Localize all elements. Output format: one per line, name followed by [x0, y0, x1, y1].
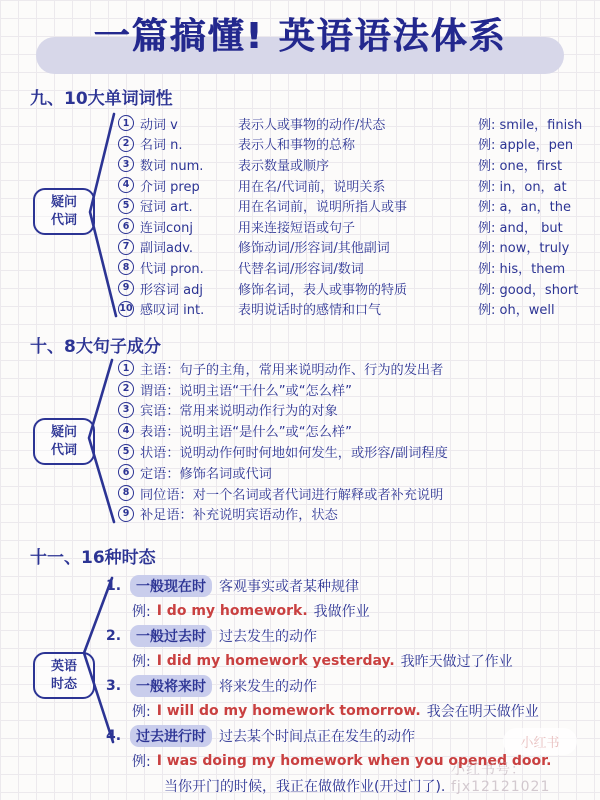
tense-description: 过去发生的动作 [219, 626, 317, 646]
component-text: 补足语：补充说明宾语动作，状态 [140, 504, 338, 523]
pos-example: 例: oh，well [478, 299, 594, 318]
pos-description: 修饰名词，表人或事物的特质 [238, 279, 478, 298]
circled-number: 3 [118, 156, 134, 172]
component-item: 3宾语：常用来说明动作行为的对象 [118, 400, 594, 421]
pos-item: 8代词 pron.代替名词/形容词/数词例: his，them [118, 257, 594, 278]
tense-name-highlight: 过去进行时 [130, 725, 212, 747]
pos-description: 表示数量或顺序 [238, 155, 478, 174]
circled-number: 6 [118, 218, 134, 234]
component-text: 主语：句子的主角，常用来说明动作、行为的发出者 [140, 359, 443, 378]
example-label: 例: [132, 701, 151, 721]
tense-title-line: 2.一般过去时过去发生的动作 [106, 623, 594, 648]
circled-number: 7 [118, 239, 134, 255]
tense-number: 4. [106, 728, 130, 744]
component-item: 6定语：修饰名词或代词 [118, 462, 594, 483]
pos-item: 5冠词 art.用在名词前，说明所指人或事例: a，an，the [118, 195, 594, 216]
circled-number: 2 [118, 381, 134, 397]
tense-title-line: 1.一般现在时客观事实或者某种规律 [106, 573, 594, 598]
tense-example-line: 例:I will do my homework tomorrow.我会在明天做作… [106, 698, 594, 723]
example-label: 例: [132, 751, 151, 771]
circled-number: 6 [118, 464, 134, 480]
tense-example-line: 例:I did my homework yesterday.我昨天做过了作业 [106, 648, 594, 673]
pos-term: 连词conj [140, 217, 238, 236]
tense-name-highlight: 一般将来时 [130, 675, 212, 697]
tag-line: 代词 [37, 442, 91, 460]
tense-number: 1. [106, 578, 130, 594]
grammar-notes-page: 一篇搞懂! 英语语法体系 九、10大单词词性 疑问 代词 1动词 v表示人或事物… [0, 0, 600, 800]
pos-description: 用在名/代词前，说明关系 [238, 176, 478, 195]
circled-number: 2 [118, 136, 134, 152]
pos-term: 代词 pron. [140, 258, 238, 277]
example-chinese: 我会在明天做作业 [427, 701, 539, 721]
pos-example: 例: and， but [478, 217, 594, 236]
component-text: 定语：修饰名词或代词 [140, 463, 272, 482]
circled-number: 3 [118, 402, 134, 418]
component-text: 宾语：常用来说明动作行为的对象 [140, 400, 338, 419]
brace-bracket [84, 358, 120, 526]
tag-line: 代词 [37, 212, 91, 230]
pos-item: 4介词 prep用在名/代词前，说明关系例: in，on，at [118, 175, 594, 196]
example-chinese-translation: 当你开门的时候，我正在做做作业(开过门了). [164, 776, 445, 796]
circled-number: 1 [118, 115, 134, 131]
pos-term: 动词 v [140, 114, 238, 133]
circled-number: 1 [118, 360, 134, 376]
component-item: 9补足语：补充说明宾语动作，状态 [118, 504, 594, 525]
pos-term: 数词 num. [140, 155, 238, 174]
pos-item: 9形容词 adj修饰名词，表人或事物的特质例: good，short [118, 278, 594, 299]
component-text: 状语：说明动作何时何地如何发生，或形容/副词程度 [140, 442, 448, 461]
pos-term: 名词 n. [140, 134, 238, 153]
tag-line: 疑问 [37, 424, 91, 442]
pos-term: 感叹词 int. [140, 299, 238, 318]
example-label: 例: [132, 601, 151, 621]
pos-item: 3数词 num.表示数量或顺序例: one，first [118, 154, 594, 175]
xiaohongshu-id-watermark: 小红书号：fjx12121021 [451, 759, 600, 795]
component-item: 2谓语：说明主语“干什么”或“怎么样” [118, 379, 594, 400]
section-heading: 十一、16种时态 [30, 543, 156, 568]
component-text: 谓语：说明主语“干什么”或“怎么样” [140, 380, 352, 399]
pos-item: 2名词 n.表示人和事物的总称例: apple，pen [118, 134, 594, 155]
pos-example: 例: one，first [478, 155, 594, 174]
tense-description: 客观事实或者某种规律 [219, 576, 359, 596]
pos-example: 例: smile，finish [478, 114, 594, 133]
pos-example: 例: apple，pen [478, 134, 594, 153]
component-text: 表语：说明主语“是什么”或“怎么样” [140, 421, 352, 440]
pos-term: 形容词 adj [140, 279, 238, 298]
pos-example: 例: a，an，the [478, 196, 594, 215]
pos-example: 例: now，truly [478, 237, 594, 256]
example-label: 例: [132, 651, 151, 671]
pos-example: 例: in，on，at [478, 176, 594, 195]
pos-description: 代替名词/形容词/数词 [238, 258, 478, 277]
pos-term: 副词adv. [140, 237, 238, 256]
circled-number: 5 [118, 198, 134, 214]
pos-description: 修饰动词/形容词/其他副词 [238, 237, 478, 256]
circled-number: 10 [118, 301, 134, 317]
pos-description: 表明说话时的感情和口气 [238, 299, 478, 318]
pos-item: 1动词 v表示人或事物的动作/状态例: smile，finish [118, 113, 594, 134]
xiaohongshu-logo-watermark: 小红书 [503, 728, 577, 755]
circled-number: 4 [118, 423, 134, 439]
example-english: I will do my homework tomorrow. [157, 703, 421, 719]
pos-description: 用在名词前，说明所指人或事 [238, 196, 478, 215]
component-item: 4表语：说明主语“是什么”或“怎么样” [118, 420, 594, 441]
pos-item: 10感叹词 int.表明说话时的感情和口气例: oh，well [118, 298, 594, 319]
component-text: 同位语：对一个名词或者代词进行解释或者补充说明 [140, 484, 443, 503]
tense-name-highlight: 一般现在时 [130, 575, 212, 597]
tense-description: 过去某个时间点正在发生的动作 [219, 726, 415, 746]
tag-line: 疑问 [37, 194, 91, 212]
page-title: 一篇搞懂! 英语语法体系 [0, 8, 600, 59]
brace-bracket [84, 112, 122, 318]
tense-example-line: 例:I do my homework.我做作业 [106, 598, 594, 623]
sentence-components-list: 1主语：句子的主角，常用来说明动作、行为的发出者2谓语：说明主语“干什么”或“怎… [118, 358, 594, 524]
pos-description: 表示人或事物的动作/状态 [238, 114, 478, 133]
pos-item: 6连词conj用来连接短语或句子例: and， but [118, 216, 594, 237]
circled-number: 8 [118, 485, 134, 501]
pos-example: 例: good，short [478, 279, 594, 298]
tense-number: 3. [106, 678, 130, 694]
component-item: 1主语：句子的主角，常用来说明动作、行为的发出者 [118, 358, 594, 379]
section-heading: 九、10大单词词性 [30, 84, 173, 109]
circled-number: 5 [118, 444, 134, 460]
component-item: 5状语：说明动作何时何地如何发生，或形容/副词程度 [118, 441, 594, 462]
pos-term: 介词 prep [140, 176, 238, 195]
circled-number: 9 [118, 280, 134, 296]
pos-description: 用来连接短语或句子 [238, 217, 478, 236]
tense-number: 2. [106, 628, 130, 644]
pos-example: 例: his，them [478, 258, 594, 277]
tense-title-line: 3.一般将来时将来发生的动作 [106, 673, 594, 698]
pos-description: 表示人和事物的总称 [238, 134, 478, 153]
component-item: 8同位语：对一个名词或者代词进行解释或者补充说明 [118, 483, 594, 504]
pos-item: 7副词adv.修饰动词/形容词/其他副词例: now，truly [118, 237, 594, 258]
tense-name-highlight: 一般过去时 [130, 625, 212, 647]
section-heading: 十、8大句子成分 [30, 332, 161, 357]
pos-term: 冠词 art. [140, 196, 238, 215]
circled-number: 8 [118, 259, 134, 275]
example-chinese: 我昨天做过了作业 [401, 651, 513, 671]
parts-of-speech-list: 1动词 v表示人或事物的动作/状态例: smile，finish2名词 n.表示… [118, 113, 594, 319]
tense-description: 将来发生的动作 [219, 676, 317, 696]
example-chinese: 我做作业 [314, 601, 370, 621]
example-english: I did my homework yesterday. [157, 653, 395, 669]
circled-number: 9 [118, 506, 134, 522]
example-english: I do my homework. [157, 603, 308, 619]
circled-number: 4 [118, 177, 134, 193]
